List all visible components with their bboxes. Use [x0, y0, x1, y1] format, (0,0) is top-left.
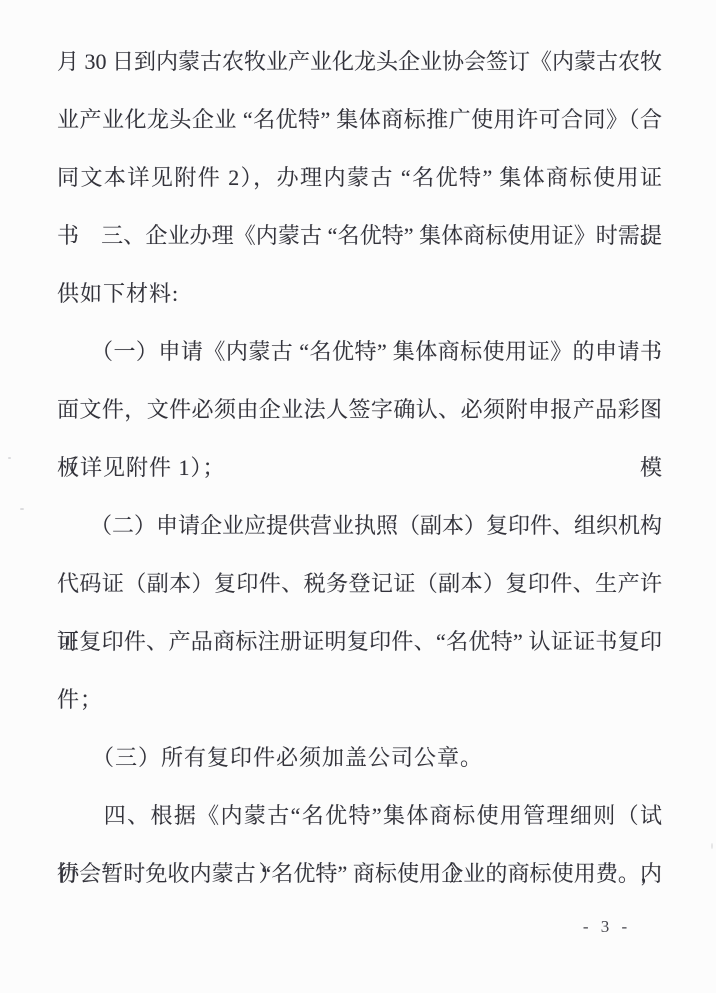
text-line: 代码证（副本）复印件、税务登记证（副本）复印件、生产许可: [57, 555, 662, 613]
text-line: 同文本详见附件 2），办理内蒙古 “名优特” 集体商标使用证书。: [57, 149, 662, 207]
text-line: 业产业化龙头企业 “名优特” 集体商标推广使用许可合同》（合: [57, 91, 662, 149]
text-line: （二）申请企业应提供营业执照（副本）复印件、组织机构: [57, 497, 662, 555]
text-line: 面文件，文件必须由企业法人签字确认、必须附申报产品彩图（模: [57, 381, 662, 439]
text-line: 月 30 日到内蒙古农牧业产业化龙头企业协会签订《内蒙古农牧: [57, 33, 662, 91]
document-page: 月 30 日到内蒙古农牧业产业化龙头企业协会签订《内蒙古农牧 业产业化龙头企业 …: [0, 0, 716, 993]
text-line: （一）申请《内蒙古 “名优特” 集体商标使用证》的申请书: [57, 323, 662, 381]
scan-speck: [8, 457, 11, 459]
text-line: 协会暂时免收内蒙古 “名优特” 商标使用企业的商标使用费。内: [57, 845, 662, 903]
text-line: 供如下材料:: [57, 265, 662, 323]
text-line: 三、企业办理《内蒙古 “名优特” 集体商标使用证》时需提: [57, 207, 662, 265]
text-line: 证复印件、产品商标注册证明复印件、“名优特” 认证证书复印: [57, 613, 662, 671]
page-number: - 3 -: [552, 912, 662, 942]
text-line: 件；: [57, 671, 662, 729]
scan-speck: [20, 508, 24, 510]
scan-speck: [711, 843, 713, 849]
document-body-text: 月 30 日到内蒙古农牧业产业化龙头企业协会签订《内蒙古农牧 业产业化龙头企业 …: [57, 33, 662, 903]
text-line: 四、根据《内蒙古“名优特”集体商标使用管理细则（试行）》，: [57, 787, 662, 845]
text-line: （三）所有复印件必须加盖公司公章。: [57, 729, 662, 787]
